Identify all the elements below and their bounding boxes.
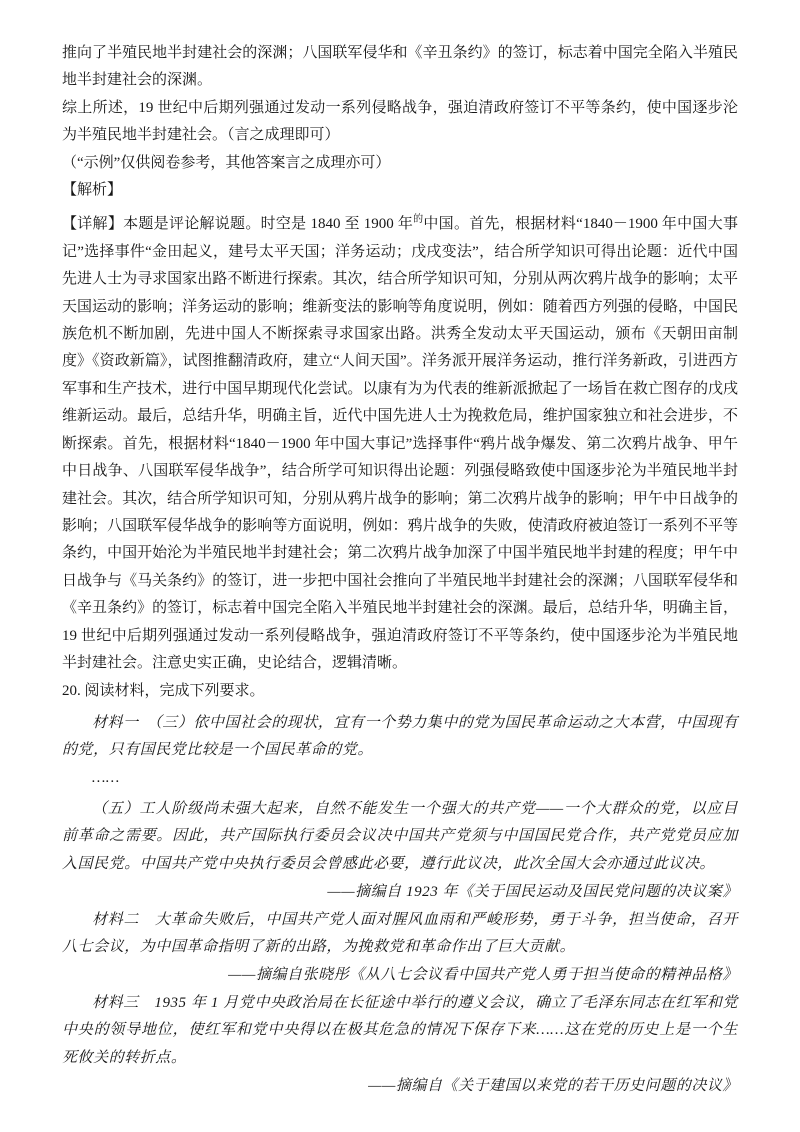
material-2-paragraph: 材料二 大革命失败后，中国共产党人面对腥风血雨和严峻形势，勇于斗争，担当使命，召…: [62, 907, 738, 962]
detail-body: 中国。首先，根据材料“1840－1900 年中国大事记”选择事件“金田起义，建号…: [62, 216, 738, 671]
answer-paragraph-1: 推向了半殖民地半封建社会的深渊；八国联军侵华和《辛丑条约》的签订，标志着中国完全…: [62, 40, 738, 95]
question-20-heading: 20. 阅读材料，完成下列要求。: [62, 678, 738, 705]
answer-paragraph-2: 综上所述，19 世纪中后期列强通过发动一系列侵略战争，强迫清政府签订不平等条约，…: [62, 95, 738, 150]
material-1-paragraph: 材料一 （三）依中国社会的现状，宜有一个势力集中的党为国民革命运动之大本营，中国…: [62, 710, 738, 765]
material-3-paragraph: 材料三 1935 年 1 月党中央政治局在长征途中举行的遵义会议，确立了毛泽东同…: [62, 990, 738, 1072]
material-1-citation: ——摘编自 1923 年《关于国民运动及国民党问题的决议案》: [62, 879, 738, 906]
material-2-citation: ——摘编自张晓彤《从八七会议看中国共产党人勇于担当使命的精神品格》: [62, 962, 738, 989]
material-1-item-5-paragraph: （五）工人阶级尚未强大起来，自然不能发生一个强大的共产党——一个大群众的党，以应…: [62, 796, 738, 878]
material-3-citation: ——摘编自《关于建国以来党的若干历史问题的决议》: [62, 1073, 738, 1100]
material-1-ellipsis: ……: [62, 765, 738, 792]
exam-answer-page: 推向了半殖民地半封建社会的深渊；八国联军侵华和《辛丑条约》的签订，标志着中国完全…: [0, 0, 800, 1132]
material-1-block: 材料一 （三）依中国社会的现状，宜有一个势力集中的党为国民革命运动之大本营，中国…: [62, 710, 738, 907]
grading-note: （“示例”仅供阅卷参考，其他答案言之成理亦可）: [62, 150, 738, 177]
analysis-label: 【解析】: [62, 177, 738, 204]
material-3-block: 材料三 1935 年 1 月党中央政治局在长征途中举行的遵义会议，确立了毛泽东同…: [62, 990, 738, 1101]
material-2-block: 材料二 大革命失败后，中国共产党人面对腥风血雨和严峻形势，勇于斗争，担当使命，召…: [62, 907, 738, 990]
detail-prefix: 【详解】本题是评论解说题。时空是 1840 至 1900 年: [62, 216, 413, 232]
detail-explanation-paragraph: 【详解】本题是评论解说题。时空是 1840 至 1900 年的中国。首先，根据材…: [62, 211, 738, 677]
detail-superscript: 的: [413, 214, 423, 225]
